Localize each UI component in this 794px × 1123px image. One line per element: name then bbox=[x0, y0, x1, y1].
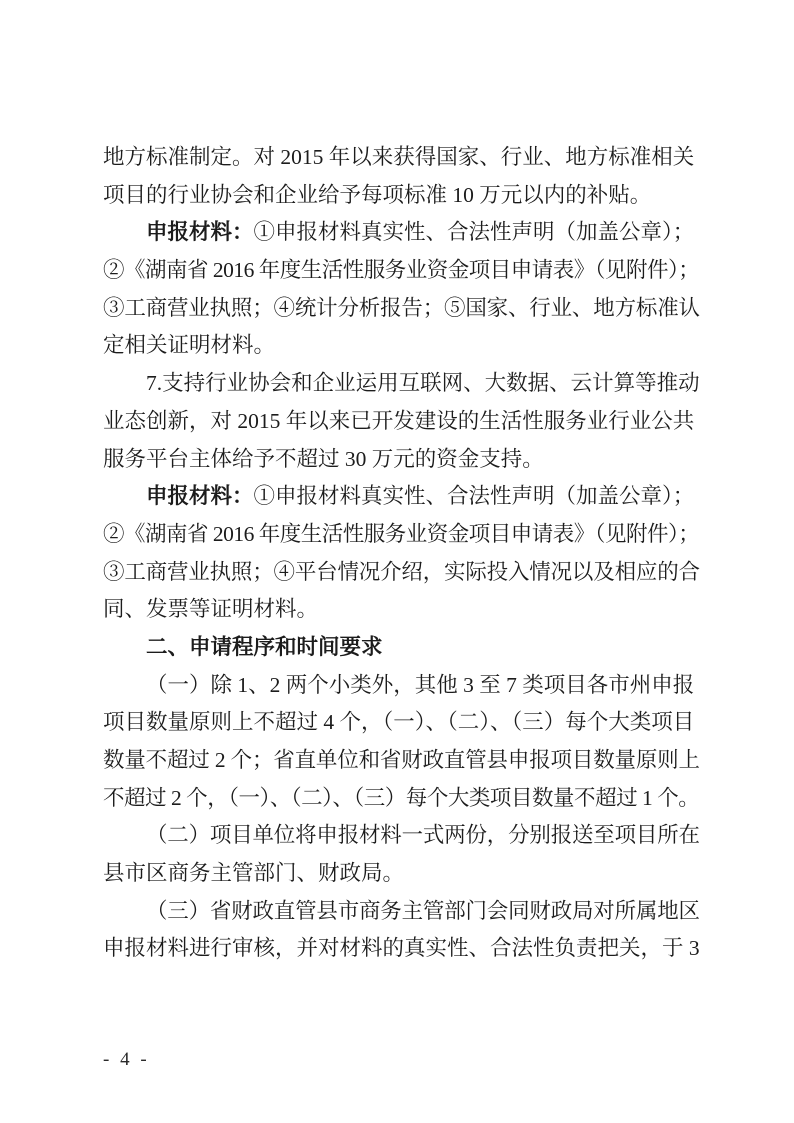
text-line: （三）省财政直管县市商务主管部门会同财政局对所属地区 bbox=[103, 893, 700, 931]
text-line: 地方标准制定。对 2015 年以来获得国家、行业、地方标准相关 bbox=[103, 139, 700, 177]
text-line: 不超过 2 个，（一）、（二）、（三）每个大类项目数量不超过 1 个。 bbox=[103, 780, 700, 818]
text-line: ③工商营业执照；④统计分析报告；⑤国家、行业、地方标准认 bbox=[103, 290, 700, 328]
text-line: 县市区商务主管部门、财政局。 bbox=[103, 855, 700, 893]
text-line: 申报材料：①申报材料真实性、合法性声明（加盖公章）； bbox=[103, 478, 700, 516]
text-line: （一）除 1、2 两个小类外，其他 3 至 7 类项目各市州申报 bbox=[103, 667, 700, 705]
text-line: 二、申请程序和时间要求 bbox=[103, 629, 700, 667]
text-line: 申报材料：①申报材料真实性、合法性声明（加盖公章）； bbox=[103, 214, 700, 252]
text-line: 业态创新，对 2015 年以来已开发建设的生活性服务业行业公共 bbox=[103, 403, 700, 441]
text-line: ②《湖南省 2016 年度生活性服务业资金项目申请表》（见附件）； bbox=[103, 516, 700, 554]
page-number: - 4 - bbox=[103, 1049, 150, 1071]
text-line: 7.支持行业协会和企业运用互联网、大数据、云计算等推动 bbox=[103, 365, 700, 403]
document-body: 地方标准制定。对 2015 年以来获得国家、行业、地方标准相关项目的行业协会和企… bbox=[103, 139, 700, 968]
text-line: ②《湖南省 2016 年度生活性服务业资金项目申请表》（见附件）； bbox=[103, 252, 700, 290]
bold-label: 申报材料： bbox=[146, 484, 254, 508]
text-line: ③工商营业执照；④平台情况介绍，实际投入情况以及相应的合 bbox=[103, 554, 700, 592]
text-line: 申报材料进行审核，并对材料的真实性、合法性负责把关，于 3 bbox=[103, 930, 700, 968]
document-page: { "page": { "footer": { "page_number": "… bbox=[0, 0, 794, 1123]
text-line: 项目数量原则上不超过 4 个，（一）、（二）、（三）每个大类项目 bbox=[103, 704, 700, 742]
text-line: 服务平台主体给予不超过 30 万元的资金支持。 bbox=[103, 441, 700, 479]
text-line: （二）项目单位将申报材料一式两份，分别报送至项目所在 bbox=[103, 817, 700, 855]
text-line: 同、发票等证明材料。 bbox=[103, 591, 700, 629]
text-line: 项目的行业协会和企业给予每项标准 10 万元以内的补贴。 bbox=[103, 177, 700, 215]
text-line: 定相关证明材料。 bbox=[103, 327, 700, 365]
bold-label: 申报材料： bbox=[146, 220, 254, 244]
text-line: 数量不超过 2 个；省直单位和省财政直管县申报项目数量原则上 bbox=[103, 742, 700, 780]
